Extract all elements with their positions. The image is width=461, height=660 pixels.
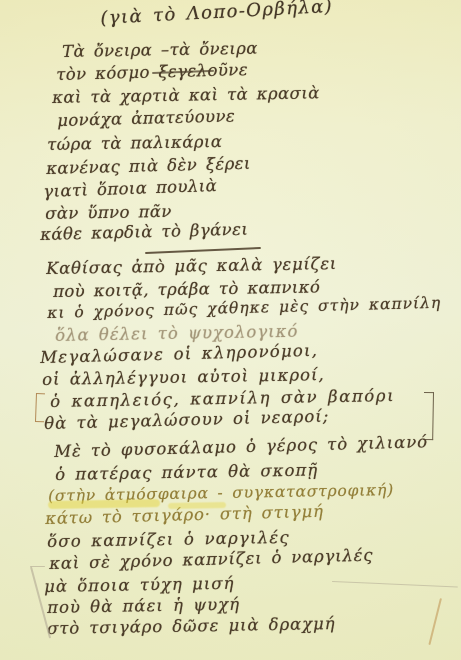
yellow-highlight-streak <box>168 502 226 509</box>
poem-line: μὰ ὅποια τύχη μισή <box>44 576 235 596</box>
poem-line: σὰν ὕπνο πᾶν <box>45 204 172 223</box>
pencil-bracket-tick <box>30 566 45 567</box>
poem-line: ὁ πατέρας πάντα θὰ σκοπῇ <box>55 462 318 483</box>
poem-line: κανένας πιὰ δὲν ξέρει <box>46 156 251 178</box>
poem-line: ὅσο καπνίζει ὁ ναργιλές <box>47 530 290 551</box>
poem-line: καὶ σὲ χρόνο καπνίζει ὁ ναργιλές <box>49 548 374 573</box>
poem-line: καὶ τὰ χαρτιὰ καὶ τὰ κρασιὰ <box>52 85 320 106</box>
poem-line: ποὺ θὰ πάει ἡ ψυχή <box>47 597 240 617</box>
poem-line: τώρα τὰ παλικάρια <box>47 134 222 154</box>
stanza-separator-stroke <box>145 247 261 254</box>
poem-line: κάθε καρδιὰ τὸ βγάνει <box>40 222 248 244</box>
poem-line: θὰ τὰ μεγαλώσουν οἱ νεαροί; <box>44 409 330 433</box>
pencil-underline <box>332 581 458 588</box>
poem-line: οἱ ἀλληλέγγυοι αὐτοὶ μικροί, <box>42 367 325 388</box>
ink-bracket-left <box>35 393 45 422</box>
poem-line: στὸ τσιγάρο δῶσε μιὰ δραχμή <box>47 616 336 638</box>
poem-line: γιατὶ ὅποια πουλιὰ <box>43 178 217 201</box>
manuscript-page: (γιὰ τὸ Λοπο-Ορβήλα) Τὰ ὄνειρα –τὰ ὄνειρ… <box>0 0 461 660</box>
poem-title: (γιὰ τὸ Λοπο-Ορβήλα) <box>100 0 334 28</box>
poem-line: Μὲ τὸ φυσοκάλαμο ὁ γέρος τὸ χιλιανό <box>54 434 428 460</box>
poem-line: Τὰ ὄνειρα –τὰ ὄνειρα <box>62 41 258 61</box>
poem-line: μονάχα ἀπατεύουνε <box>57 108 235 129</box>
poem-line: ὁ καπηλειός, καπνίλη σὰν βαπόρι <box>50 388 395 411</box>
pencil-slash <box>428 598 441 645</box>
poem-line: Καθίσας ἀπὸ μᾶς καλὰ γεμίζει <box>46 256 337 278</box>
poem-line: Μεγαλώσανε οἱ κληρονόμοι, <box>40 343 318 367</box>
